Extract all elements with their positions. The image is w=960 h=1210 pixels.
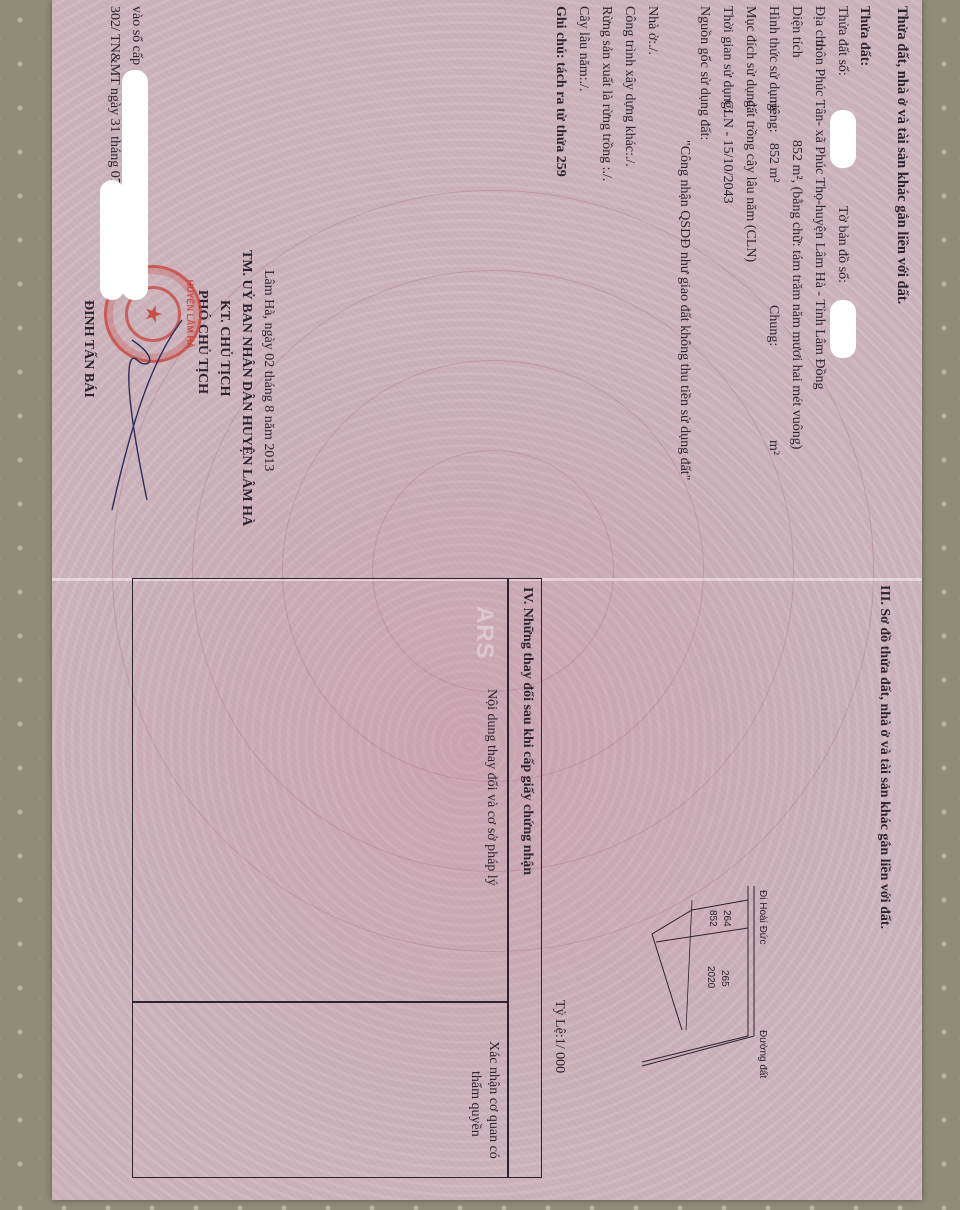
signature-stroke: [82, 300, 192, 540]
term-label: Thời gian sử dụng:: [719, 6, 735, 112]
authority: TM. UỶ BAN NHÂN DÂN HUYỆN LÂM HÀ: [238, 250, 254, 526]
signer-name: ĐINH TẤN BÁI: [80, 300, 96, 398]
area-value: 852 m², (bằng chữ: tám trăm năm mươi hai…: [788, 140, 804, 449]
map-sheet-label: Tờ bản đồ số:: [834, 206, 850, 283]
purpose-label: Mục đích sử dụng:: [742, 6, 758, 111]
parcel-sketch: Đi Hoài Đức 264 852 265 2020 Đường đất: [632, 880, 782, 1100]
table-divider: [508, 579, 510, 1177]
changes-table: IV. Những thay đổi sau khi cấp giấy chứn…: [132, 578, 542, 1178]
watermark: ARS: [470, 606, 498, 660]
place-date: Lâm Hà, ngày 02 tháng 8 năm 2013: [260, 270, 276, 471]
redacted-parcel-number: [830, 110, 856, 168]
rotated-page: Thửa đất, nhà ở và tài sản khác gắn liền…: [52, 0, 922, 1200]
note-label: Ghi chú: tách ra từ thửa 259: [552, 6, 568, 177]
col-confirm-header-2: thẩm quyền: [467, 1071, 483, 1137]
section-iii-title: III. Sơ đồ thửa đất, nhà ở và tài sản kh…: [876, 585, 892, 929]
section-ii-title: Thửa đất, nhà ở và tài sản khác gắn liền…: [893, 6, 910, 304]
scale-label: Tỷ Lệ:1/ 000: [551, 1000, 567, 1073]
use-form-label: Hình thức sử dụng:: [765, 6, 781, 114]
use-form-shared-value: m²: [765, 440, 781, 455]
address-value: thôn Phúc Tân- xã Phúc Thọ-huyện Lâm Hà …: [811, 40, 827, 390]
parcel-label: Thửa đất số:: [834, 6, 850, 76]
house-label: Nhà ở:./.: [644, 6, 660, 55]
redacted-registry-number: [100, 180, 124, 300]
use-form-private-label: riêng:: [765, 100, 781, 133]
parcel-b-area: 2020: [705, 966, 716, 989]
section-iv-title: IV. Những thay đổi sau khi cấp giấy chứn…: [519, 587, 535, 875]
parcel-b-number: 265: [719, 970, 730, 987]
on-behalf: KT. CHỦ TỊCH: [216, 300, 232, 396]
col-confirm-header-1: Xác nhận cơ quan có: [485, 1041, 501, 1159]
use-form-private-value: 852 m²: [765, 143, 781, 183]
area-label: Diện tích: [788, 6, 804, 58]
purpose-value: đất trồng cây lâu năm (CLN): [742, 100, 758, 262]
table-divider: [133, 1001, 509, 1003]
redacted-map-sheet-number: [830, 300, 856, 358]
parcel-a-area: 852: [707, 910, 718, 927]
other-works-label: Công trình xây dựng khác:./.: [621, 6, 637, 167]
perennial-trees-label: Cây lâu năm:./.: [575, 6, 591, 92]
redacted-registry-number: [122, 70, 148, 300]
production-forest-label: Rừng sản xuất là rừng trồng :./.: [598, 6, 614, 181]
parcel-a-number: 264: [721, 910, 732, 927]
use-form-shared-label: Chung:: [765, 305, 781, 346]
term-value: CLN - 15/10/2043: [719, 100, 735, 203]
origin-value: "Công nhận QSDĐ như giao đất không thu t…: [676, 140, 692, 480]
road-side-label: Đường đất: [757, 1030, 769, 1078]
col-content-header: Nội dung thay đổi và cơ sở pháp lý: [483, 689, 499, 886]
origin-label: Nguồn gốc sử dụng đất:: [696, 6, 712, 140]
registry-line1: vào sổ cấp: [128, 6, 144, 65]
road-top-label: Đi Hoài Đức: [757, 890, 768, 944]
land-heading: Thửa đất:: [856, 6, 872, 66]
